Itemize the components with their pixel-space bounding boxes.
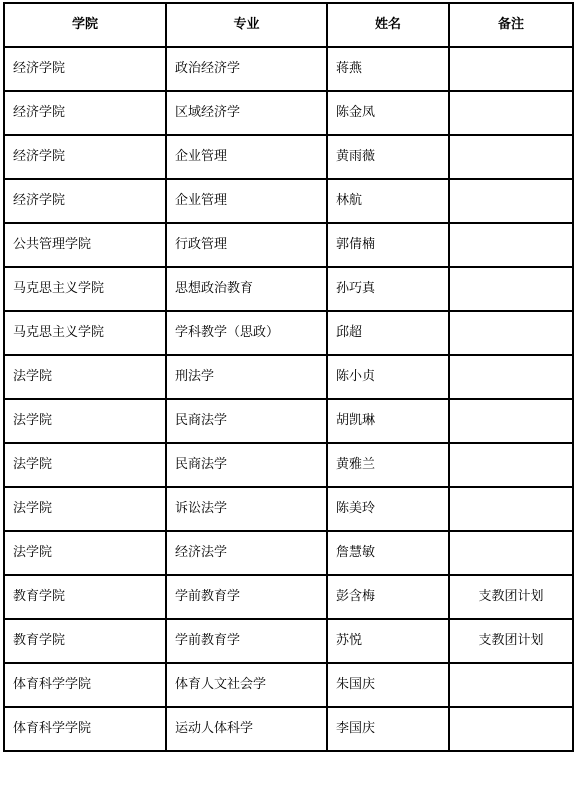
- cell-note: [449, 707, 573, 751]
- cell-name: 孙巧真: [327, 267, 449, 311]
- cell-name: 詹慧敏: [327, 531, 449, 575]
- cell-college: 经济学院: [4, 135, 166, 179]
- cell-note: [449, 443, 573, 487]
- cell-name: 郭倩楠: [327, 223, 449, 267]
- cell-college: 法学院: [4, 531, 166, 575]
- cell-name: 陈美玲: [327, 487, 449, 531]
- cell-note: 支教团计划: [449, 575, 573, 619]
- cell-note: [449, 531, 573, 575]
- cell-note: 支教团计划: [449, 619, 573, 663]
- table-row: 马克思主义学院思想政治教育孙巧真: [4, 267, 573, 311]
- cell-major: 企业管理: [166, 135, 327, 179]
- cell-note: [449, 267, 573, 311]
- cell-college: 法学院: [4, 355, 166, 399]
- cell-college: 体育科学学院: [4, 663, 166, 707]
- cell-note: [449, 487, 573, 531]
- cell-name: 苏悦: [327, 619, 449, 663]
- cell-major: 诉讼法学: [166, 487, 327, 531]
- cell-note: [449, 663, 573, 707]
- cell-major: 刑法学: [166, 355, 327, 399]
- cell-college: 法学院: [4, 399, 166, 443]
- cell-major: 政治经济学: [166, 47, 327, 91]
- cell-name: 黄雨薇: [327, 135, 449, 179]
- cell-major: 学前教育学: [166, 575, 327, 619]
- cell-major: 运动人体科学: [166, 707, 327, 751]
- cell-college: 法学院: [4, 443, 166, 487]
- cell-college: 体育科学学院: [4, 707, 166, 751]
- cell-college: 经济学院: [4, 91, 166, 135]
- header-college: 学院: [4, 3, 166, 47]
- cell-college: 教育学院: [4, 619, 166, 663]
- cell-college: 教育学院: [4, 575, 166, 619]
- cell-major: 学科教学（思政）: [166, 311, 327, 355]
- cell-name: 黄雅兰: [327, 443, 449, 487]
- cell-note: [449, 399, 573, 443]
- cell-college: 公共管理学院: [4, 223, 166, 267]
- header-row: 学院 专业 姓名 备注: [4, 3, 573, 47]
- cell-major: 区域经济学: [166, 91, 327, 135]
- cell-college: 法学院: [4, 487, 166, 531]
- header-name: 姓名: [327, 3, 449, 47]
- cell-note: [449, 355, 573, 399]
- cell-major: 经济法学: [166, 531, 327, 575]
- cell-note: [449, 47, 573, 91]
- table-row: 法学院民商法学黄雅兰: [4, 443, 573, 487]
- table-header: 学院 专业 姓名 备注: [4, 3, 573, 47]
- cell-major: 行政管理: [166, 223, 327, 267]
- cell-major: 企业管理: [166, 179, 327, 223]
- table-row: 法学院刑法学陈小贞: [4, 355, 573, 399]
- cell-name: 邱超: [327, 311, 449, 355]
- cell-college: 马克思主义学院: [4, 311, 166, 355]
- cell-college: 马克思主义学院: [4, 267, 166, 311]
- cell-name: 蒋燕: [327, 47, 449, 91]
- table-row: 体育科学学院体育人文社会学朱国庆: [4, 663, 573, 707]
- table-row: 经济学院企业管理林航: [4, 179, 573, 223]
- table-row: 马克思主义学院学科教学（思政）邱超: [4, 311, 573, 355]
- cell-major: 思想政治教育: [166, 267, 327, 311]
- cell-note: [449, 135, 573, 179]
- cell-note: [449, 91, 573, 135]
- cell-name: 陈金凤: [327, 91, 449, 135]
- cell-major: 学前教育学: [166, 619, 327, 663]
- cell-name: 彭含梅: [327, 575, 449, 619]
- student-roster-table: 学院 专业 姓名 备注 经济学院政治经济学蒋燕经济学院区域经济学陈金凤经济学院企…: [3, 2, 574, 752]
- table-row: 教育学院学前教育学苏悦支教团计划: [4, 619, 573, 663]
- table-row: 教育学院学前教育学彭含梅支教团计划: [4, 575, 573, 619]
- cell-college: 经济学院: [4, 47, 166, 91]
- table-row: 经济学院区域经济学陈金凤: [4, 91, 573, 135]
- cell-name: 胡凯琳: [327, 399, 449, 443]
- cell-note: [449, 179, 573, 223]
- cell-name: 朱国庆: [327, 663, 449, 707]
- cell-name: 陈小贞: [327, 355, 449, 399]
- cell-name: 林航: [327, 179, 449, 223]
- cell-name: 李国庆: [327, 707, 449, 751]
- header-note: 备注: [449, 3, 573, 47]
- cell-note: [449, 223, 573, 267]
- table-row: 法学院经济法学詹慧敏: [4, 531, 573, 575]
- header-major: 专业: [166, 3, 327, 47]
- table-row: 经济学院政治经济学蒋燕: [4, 47, 573, 91]
- table-row: 体育科学学院运动人体科学李国庆: [4, 707, 573, 751]
- cell-major: 民商法学: [166, 399, 327, 443]
- table-row: 经济学院企业管理黄雨薇: [4, 135, 573, 179]
- table-body: 经济学院政治经济学蒋燕经济学院区域经济学陈金凤经济学院企业管理黄雨薇经济学院企业…: [4, 47, 573, 751]
- cell-college: 经济学院: [4, 179, 166, 223]
- cell-major: 民商法学: [166, 443, 327, 487]
- table-row: 法学院诉讼法学陈美玲: [4, 487, 573, 531]
- cell-major: 体育人文社会学: [166, 663, 327, 707]
- table-row: 法学院民商法学胡凯琳: [4, 399, 573, 443]
- table-row: 公共管理学院行政管理郭倩楠: [4, 223, 573, 267]
- cell-note: [449, 311, 573, 355]
